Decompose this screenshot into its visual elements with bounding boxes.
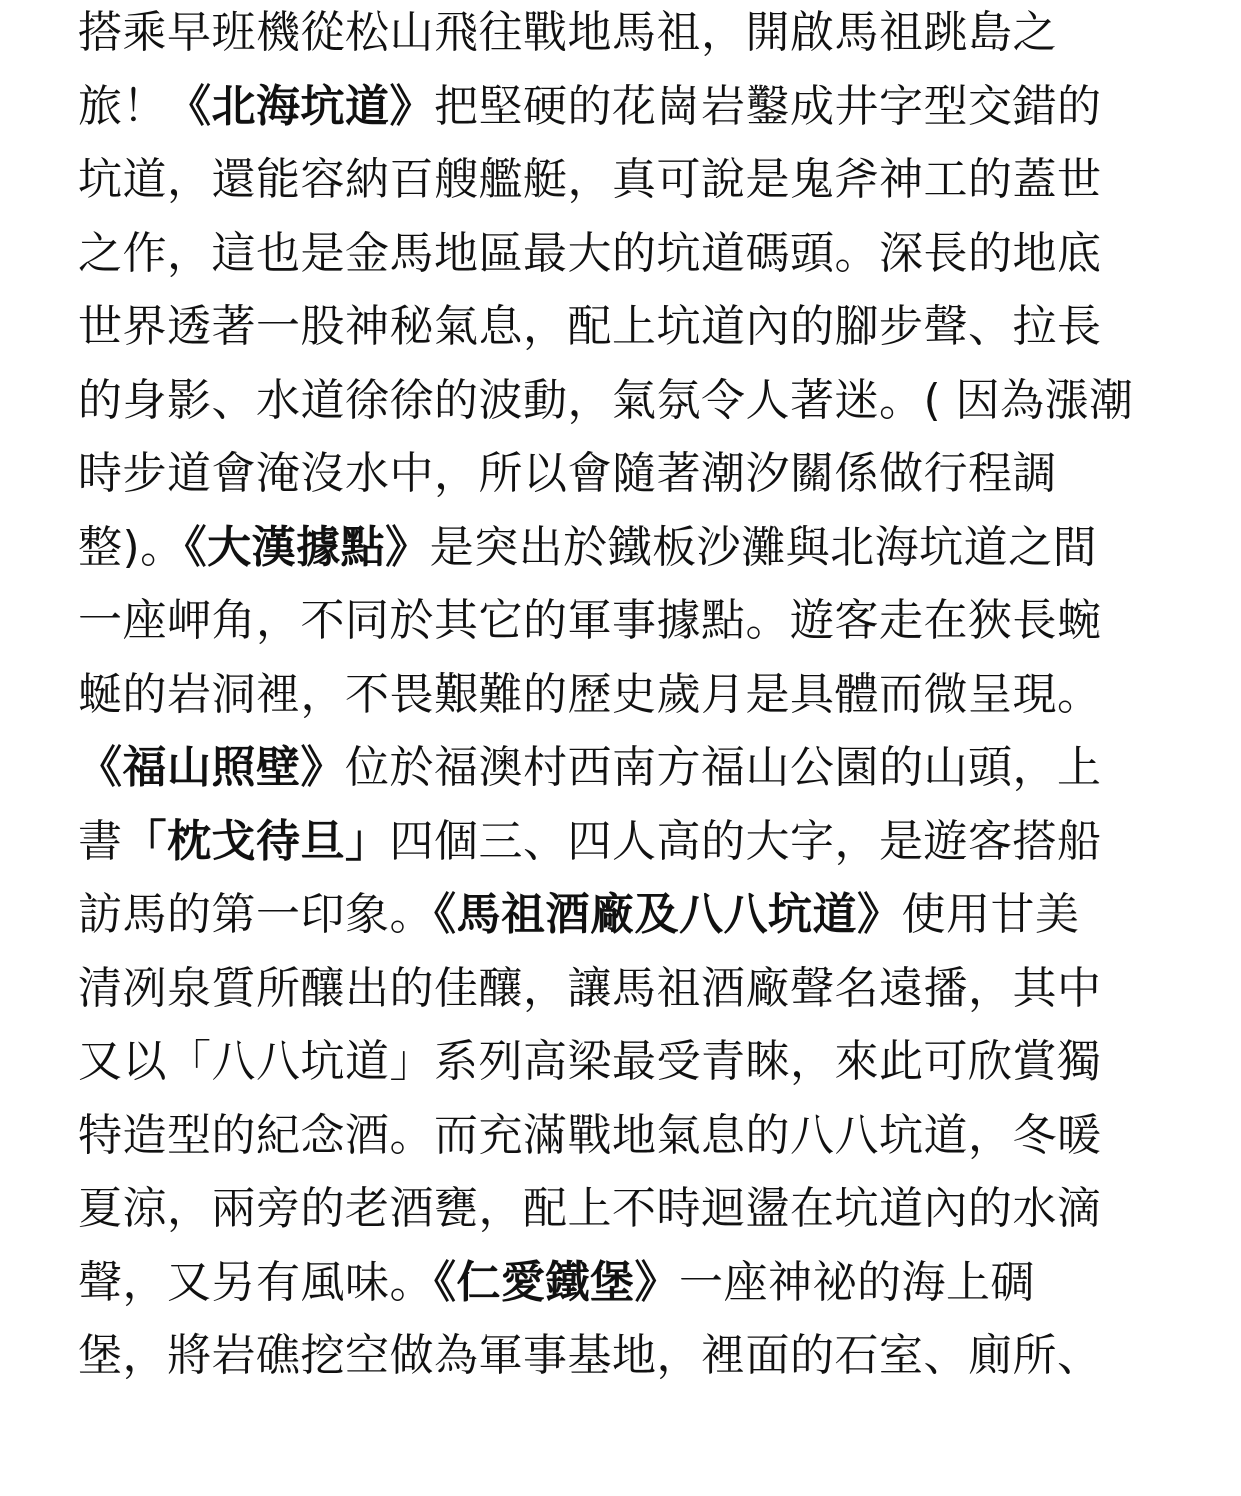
slogan-text: 「枕戈待旦」 (123, 816, 390, 867)
text-line: 蜒的岩洞裡，不畏艱難的歷史歲月是具體而微呈現。 (78, 655, 1198, 735)
place-name-renai-fort: 《仁愛鐵堡》 (434, 1257, 679, 1308)
text-line: 夏涼，兩旁的老酒甕，配上不時迴盪在坑道內的水滴 (78, 1169, 1198, 1249)
text-line: 時步道會淹沒水中，所以會隨著潮汐關係做行程調 (78, 434, 1198, 514)
text-line: 之作，這也是金馬地區最大的坑道碼頭。深長的地底 (78, 214, 1198, 294)
text-line: 搭乘早班機從松山飛往戰地馬祖，開啟馬祖跳島之 (78, 0, 1198, 73)
text-line: 聲，又另有風味。《仁愛鐵堡》一座神祕的海上碉 (78, 1243, 1198, 1323)
place-name-dahan-stronghold: 《大漢據點》 (185, 522, 430, 573)
text-line: 書「枕戈待旦」四個三、四人高的大字，是遊客搭船 (78, 802, 1198, 882)
text-line: 又以「八八坑道」系列高梁最受青睞，來此可欣賞獨 (78, 1022, 1198, 1102)
text-line: 《福山照壁》位於福澳村西南方福山公園的山頭，上 (78, 728, 1198, 808)
place-name-fushan-wall: 《福山照壁》 (78, 742, 345, 793)
text-line: 坑道，還能容納百艘艦艇，真可說是鬼斧神工的蓋世 (78, 140, 1198, 220)
place-name-matsu-distillery: 《馬祖酒廠及八八坑道》 (434, 889, 902, 940)
place-name-beihai-tunnel: 《北海坑道》 (167, 81, 434, 132)
text-line: 堡，將岩礁挖空做為軍事基地，裡面的石室、廁所、 (78, 1316, 1198, 1396)
text-line: 訪馬的第一印象。《馬祖酒廠及八八坑道》使用甘美 (78, 875, 1198, 955)
text-line: 特造型的紀念酒。而充滿戰地氣息的八八坑道，冬暖 (78, 1096, 1198, 1176)
text-line: 清冽泉質所釀出的佳釀，讓馬祖酒廠聲名遠播，其中 (78, 949, 1198, 1029)
text-line: 旅！《北海坑道》把堅硬的花崗岩鑿成井字型交錯的 (78, 67, 1198, 147)
text-line: 一座岬角，不同於其它的軍事據點。遊客走在狹長蜿 (78, 581, 1198, 661)
text-line: 的身影、水道徐徐的波動，氣氛令人著迷。( 因為漲潮 (78, 361, 1198, 441)
article-body: 搭乘早班機從松山飛往戰地馬祖，開啟馬祖跳島之 旅！《北海坑道》把堅硬的花崗岩鑿成… (78, 0, 1198, 1396)
text-line: 世界透著一股神秘氣息，配上坑道內的腳步聲、拉長 (78, 287, 1198, 367)
text-line: 整)。《大漢據點》是突出於鐵板沙灘與北海坑道之間 (78, 508, 1198, 588)
